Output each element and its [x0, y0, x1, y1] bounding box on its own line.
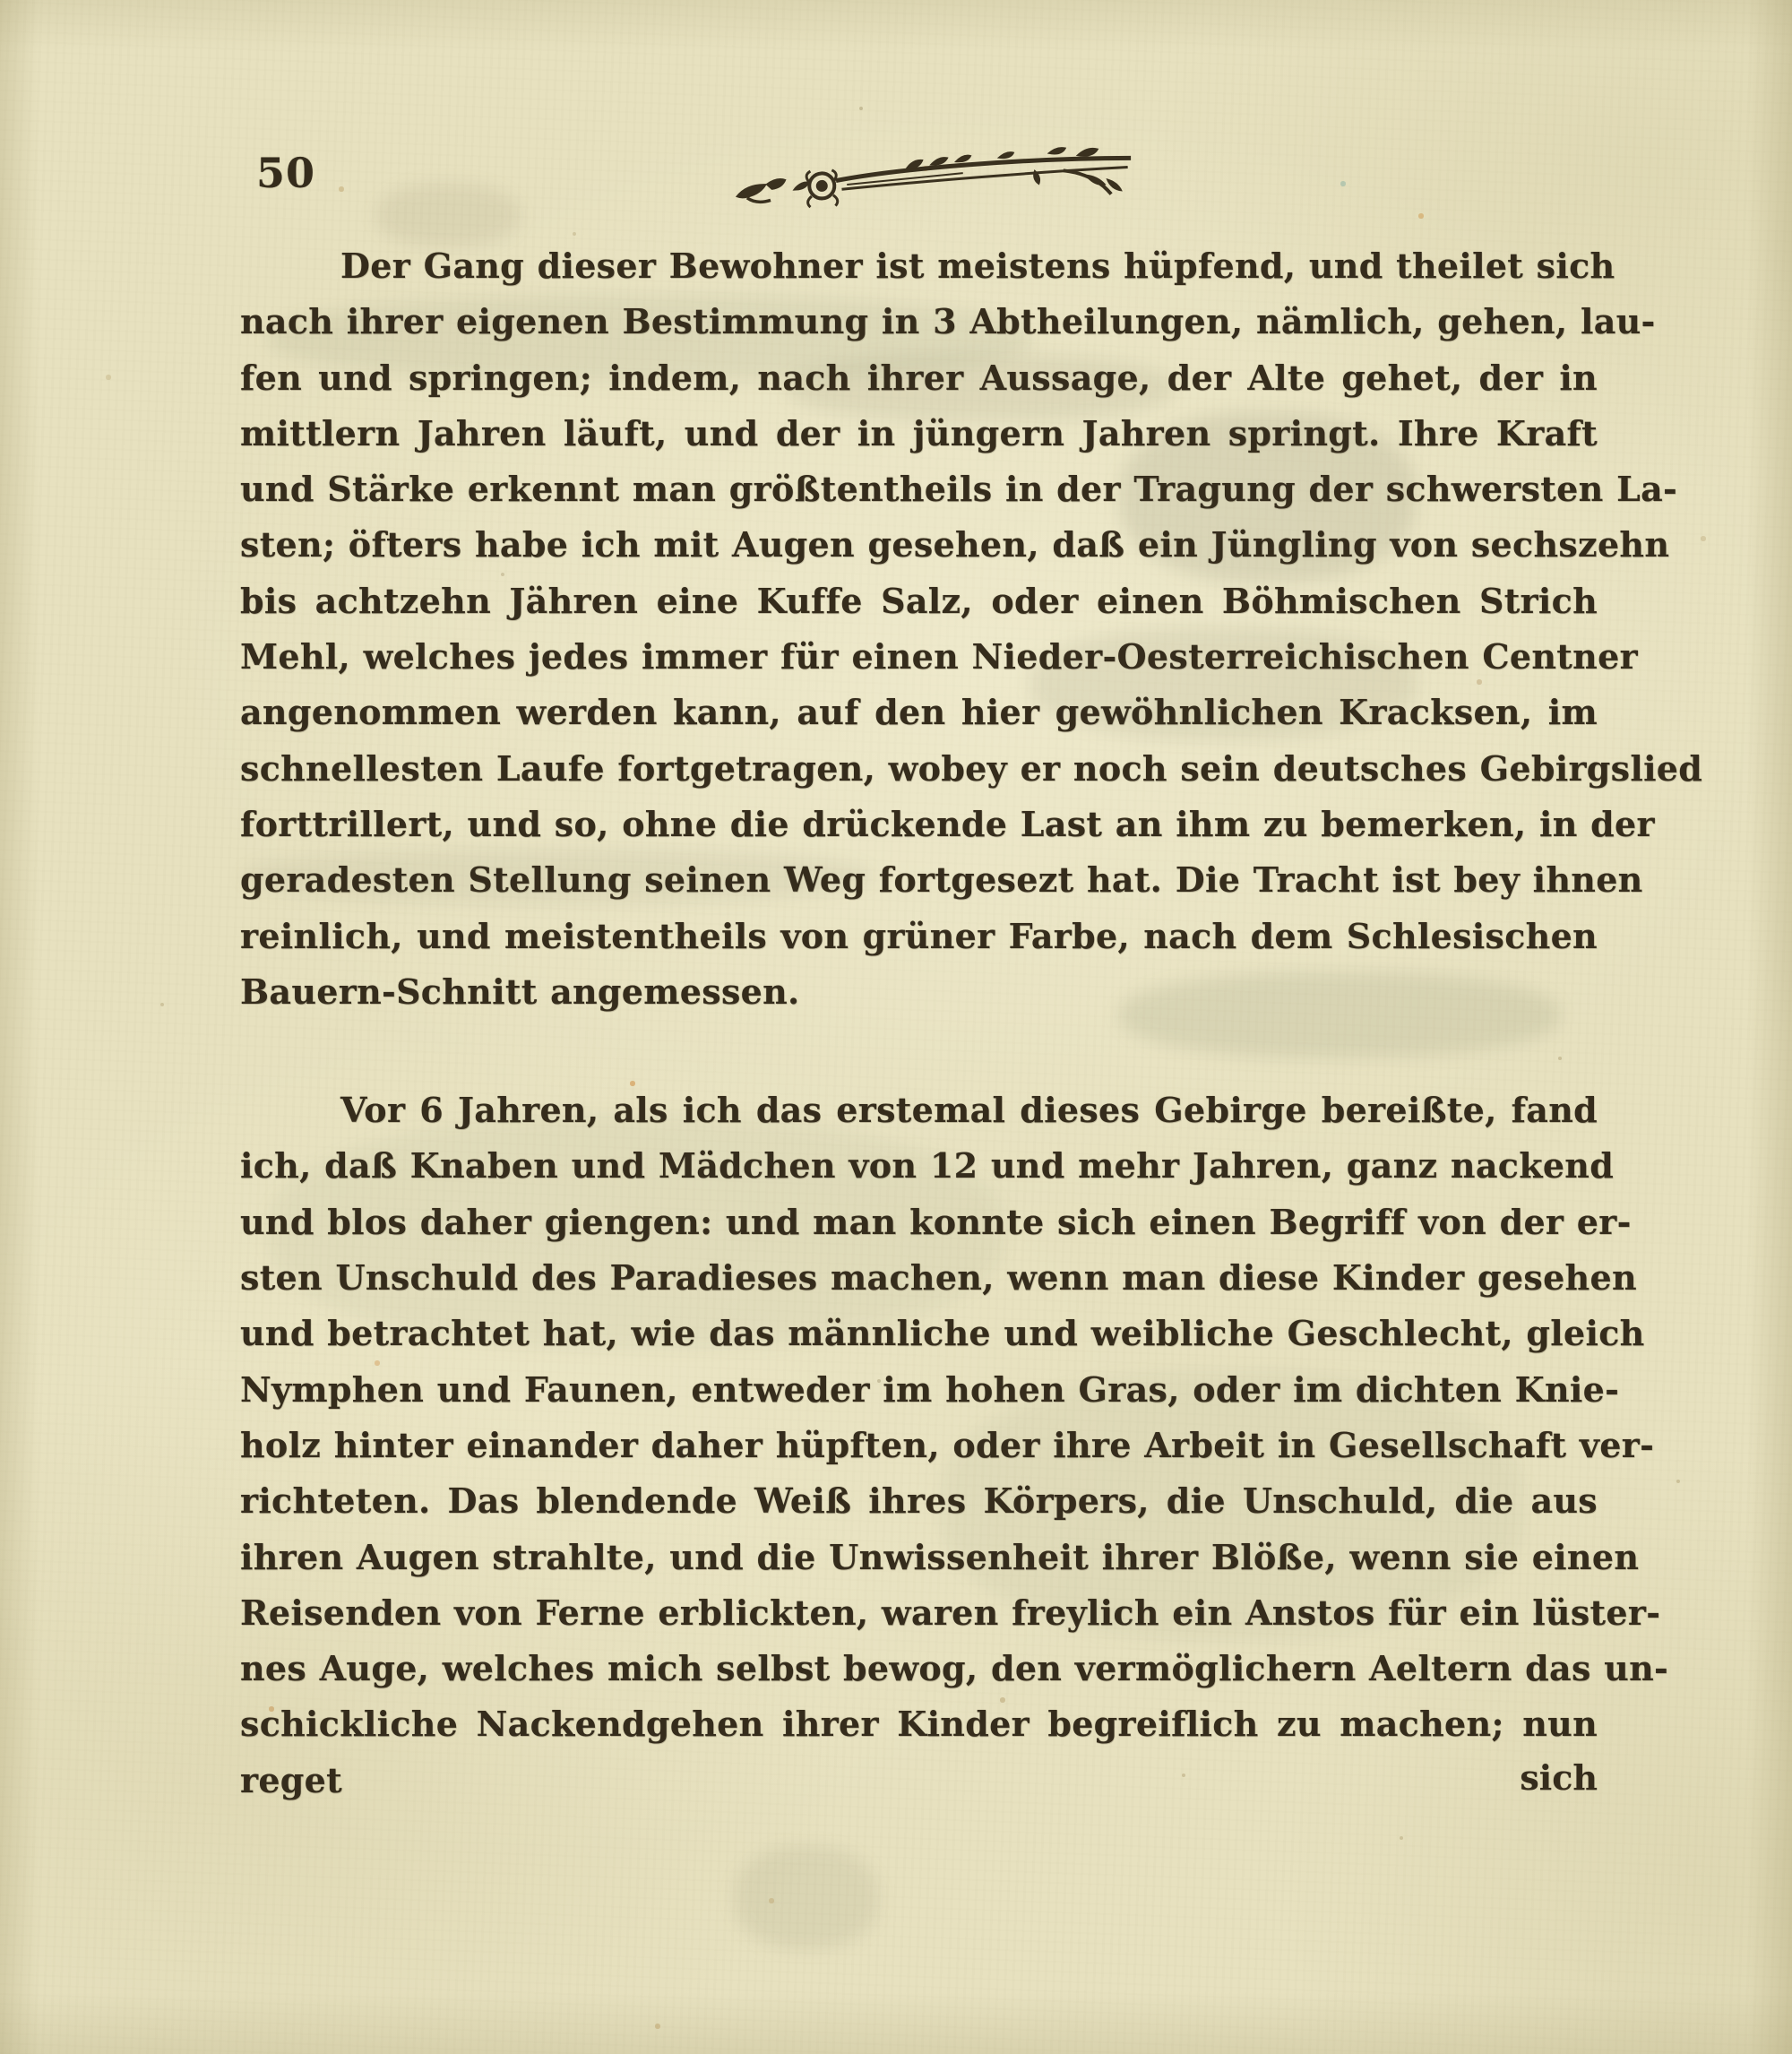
text-line: ich, daß Knaben und Mädchen von 12 und m… — [240, 1138, 1598, 1194]
text-line: nach ihrer eigenen Bestimmung in 3 Abthe… — [240, 294, 1598, 350]
text-line: Mehl, welches jedes immer für einen Nied… — [240, 629, 1598, 685]
text-line: richteten. Das blendende Weiß ihres Körp… — [240, 1473, 1598, 1529]
page-number: 50 — [256, 149, 315, 197]
text-block: Der Gang dieser Bewohner ist meistens hü… — [240, 238, 1598, 1808]
text-line: ihren Augen strahlte, und die Unwissenhe… — [240, 1530, 1598, 1585]
bleedthrough-smudge — [376, 184, 520, 246]
text-line: Vor 6 Jahren, als ich das erstemal diese… — [240, 1083, 1598, 1138]
book-page-scan: 50 De — [0, 0, 1792, 2054]
paragraph: Der Gang dieser Bewohner ist meistens hü… — [240, 238, 1598, 1020]
text-line: bis achtzehn Jähren eine Kuffe Salz, ode… — [240, 574, 1598, 629]
text-line: nes Auge, welches mich selbst bewog, den… — [240, 1641, 1598, 1696]
text-line: Reisenden von Ferne erblickten, waren fr… — [240, 1585, 1598, 1641]
text-line: forttrillert, und so, ohne die drückende… — [240, 797, 1598, 852]
text-line: reinlich, und meistentheils von grüner F… — [240, 909, 1598, 964]
text-line: fen und springen; indem, nach ihrer Auss… — [240, 350, 1598, 406]
floral-spray-ornament-icon — [729, 140, 1135, 216]
text-line: und Stärke erkennt man größtentheils in … — [240, 462, 1598, 517]
text-line: und blos daher giengen: und man konnte s… — [240, 1195, 1598, 1250]
text-line: Bauern-Schnitt angemessen. — [240, 964, 1598, 1020]
bleedthrough-smudge — [735, 1846, 878, 1949]
text-line: schnellesten Laufe fortgetragen, wobey e… — [240, 741, 1598, 797]
text-line: angenommen werden kann, auf den hier gew… — [240, 685, 1598, 740]
catchword: sich — [240, 1750, 1598, 1806]
text-line: und betrachtet hat, wie das männliche un… — [240, 1306, 1598, 1361]
text-line: holz hinter einander daher hüpften, oder… — [240, 1418, 1598, 1473]
text-line: sten; öfters habe ich mit Augen gesehen,… — [240, 517, 1598, 573]
text-line: geradesten Stellung seinen Weg fortgesez… — [240, 852, 1598, 908]
paragraph: Vor 6 Jahren, als ich das erstemal diese… — [240, 1083, 1598, 1808]
text-line: mittlern Jahren läuft, und der in jünger… — [240, 406, 1598, 462]
text-line: sten Unschuld des Paradieses machen, wen… — [240, 1250, 1598, 1306]
text-line: Der Gang dieser Bewohner ist meistens hü… — [240, 238, 1598, 294]
paper-speckles — [0, 0, 2, 2]
text-line: Nymphen und Faunen, entweder im hohen Gr… — [240, 1362, 1598, 1418]
